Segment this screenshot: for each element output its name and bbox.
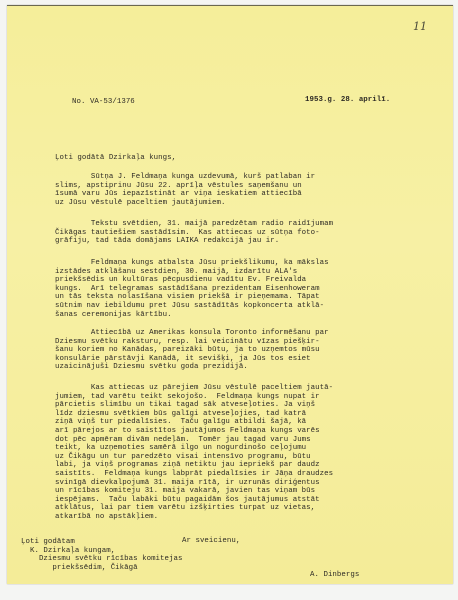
paragraph-4: Attiecībā uz Amerikas konsula Toronto in… xyxy=(55,329,329,372)
paragraph-2: Tekstu svētdien, 31. maijā paredzētam ra… xyxy=(55,220,333,246)
paragraph-1: Sūtņa J. Feldmaņa kunga uzdevumā, kurš p… xyxy=(55,173,315,207)
reference-number: No. VA-53/1376 xyxy=(72,98,135,107)
signature: A. Dinbergs xyxy=(310,571,359,580)
page-number: 11 xyxy=(413,20,427,33)
addressee-block: Ļoti godātam K. Dzirkaļa kungam, Dziesmu… xyxy=(21,538,182,572)
letter-date: 1953.g. 28. aprilī. xyxy=(305,96,390,105)
closing: Ar sveicienu, xyxy=(182,537,240,546)
paragraph-3: Feldmaņa kungs atbalsta Jūsu priekšlikum… xyxy=(55,259,329,319)
paragraph-5: Kas attiecas uz pārejiem Jūsu vēstulē pa… xyxy=(55,384,333,522)
letter-page: 11 No. VA-53/1376 1953.g. 28. aprilī. Ļo… xyxy=(7,5,453,584)
salutation: Ļoti godātā Dzirkaļa kungs, xyxy=(55,154,176,163)
